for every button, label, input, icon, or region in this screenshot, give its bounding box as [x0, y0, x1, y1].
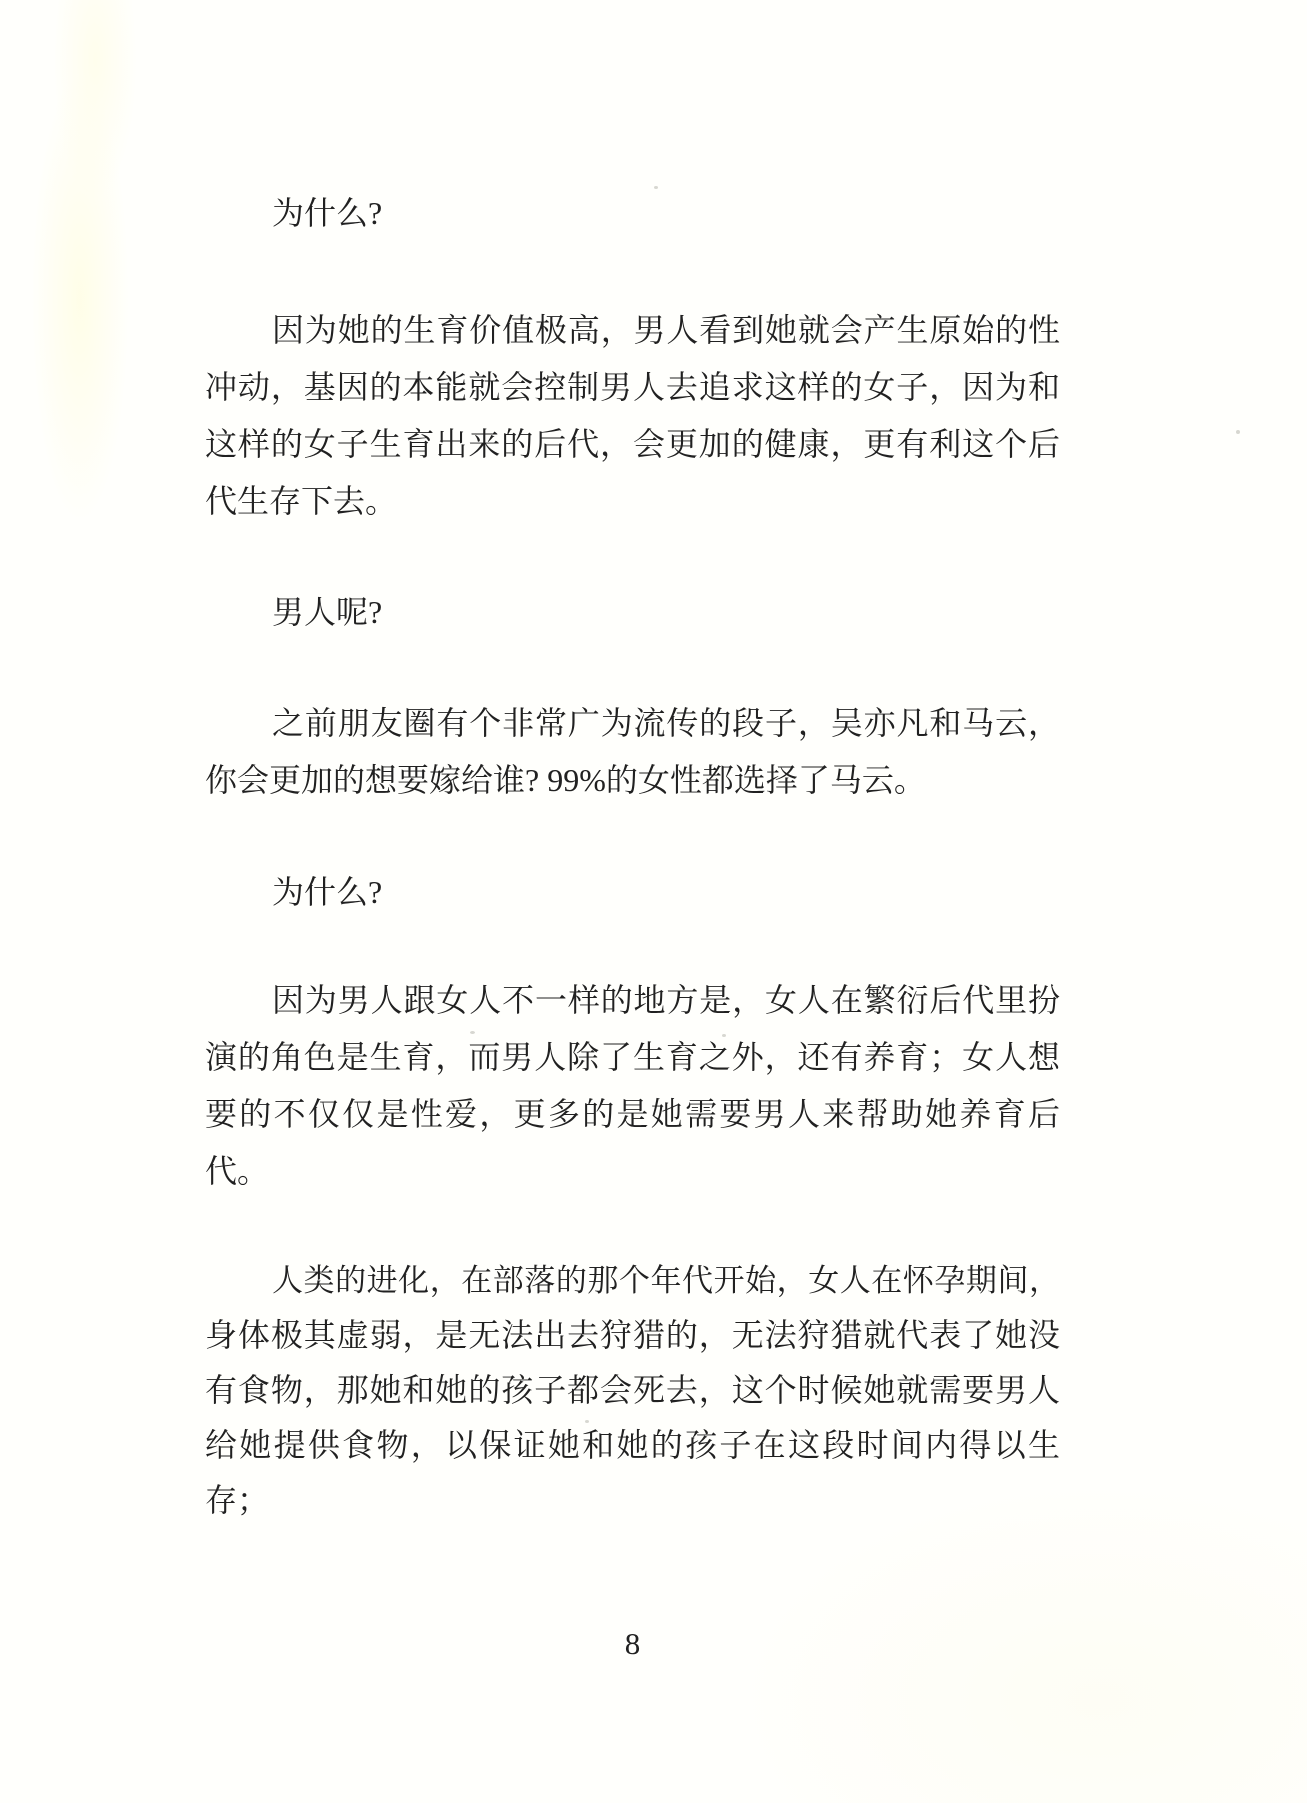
- section-heading: 为什么?: [205, 185, 1060, 242]
- scan-speck: [722, 1034, 726, 1037]
- scan-speck: [470, 1031, 475, 1034]
- text-line: 给她提供食物，以保证她和她的孩子在这段时间内得以生: [205, 1418, 1060, 1473]
- text-line: 你会更加的想要嫁给谁? 99%的女性都选择了马云。: [205, 752, 1060, 809]
- text-line: 冲动，基因的本能就会控制男人去追求这样的女子，因为和: [205, 359, 1060, 416]
- scan-speck: [585, 1420, 589, 1423]
- section-heading: 为什么?: [205, 864, 1060, 921]
- paragraph: 因为她的生育价值极高，男人看到她就会产生原始的性 冲动，基因的本能就会控制男人去…: [205, 302, 1060, 530]
- heading-text: 为什么?: [205, 185, 1060, 242]
- heading-text: 为什么?: [205, 864, 1060, 921]
- text-line: 演的角色是生育，而男人除了生育之外，还有养育；女人想: [205, 1029, 1060, 1086]
- text-line: 人类的进化，在部落的那个年代开始，女人在怀孕期间，: [205, 1253, 1060, 1308]
- text-line: 有食物，那她和她的孩子都会死去，这个时候她就需要男人: [205, 1363, 1060, 1418]
- document-page: 为什么? 因为她的生育价值极高，男人看到她就会产生原始的性 冲动，基因的本能就会…: [0, 0, 1307, 1803]
- scan-speck: [1236, 430, 1240, 434]
- paragraph: 之前朋友圈有个非常广为流传的段子，吴亦凡和马云， 你会更加的想要嫁给谁? 99%…: [205, 695, 1060, 809]
- section-heading: 男人呢?: [205, 584, 1060, 641]
- text-line: 存；: [205, 1473, 1060, 1528]
- text-line: 之前朋友圈有个非常广为流传的段子，吴亦凡和马云，: [205, 695, 1060, 752]
- heading-text: 男人呢?: [205, 584, 1060, 641]
- scan-speck: [654, 186, 658, 189]
- text-line: 因为她的生育价值极高，男人看到她就会产生原始的性: [205, 302, 1060, 359]
- text-line: 代生存下去。: [205, 473, 1060, 530]
- paragraph: 人类的进化，在部落的那个年代开始，女人在怀孕期间， 身体极其虚弱，是无法出去狩猎…: [205, 1253, 1060, 1528]
- text-line: 因为男人跟女人不一样的地方是，女人在繁衍后代里扮: [205, 972, 1060, 1029]
- text-line: 身体极其虚弱，是无法出去狩猎的，无法狩猎就代表了她没: [205, 1308, 1060, 1363]
- page-number: 8: [205, 1626, 1060, 1662]
- paragraph: 因为男人跟女人不一样的地方是，女人在繁衍后代里扮 演的角色是生育，而男人除了生育…: [205, 972, 1060, 1200]
- text-line: 这样的女子生育出来的后代，会更加的健康，更有利这个后: [205, 416, 1060, 473]
- text-line: 要的不仅仅是性爱，更多的是她需要男人来帮助她养育后: [205, 1086, 1060, 1143]
- text-line: 代。: [205, 1143, 1060, 1200]
